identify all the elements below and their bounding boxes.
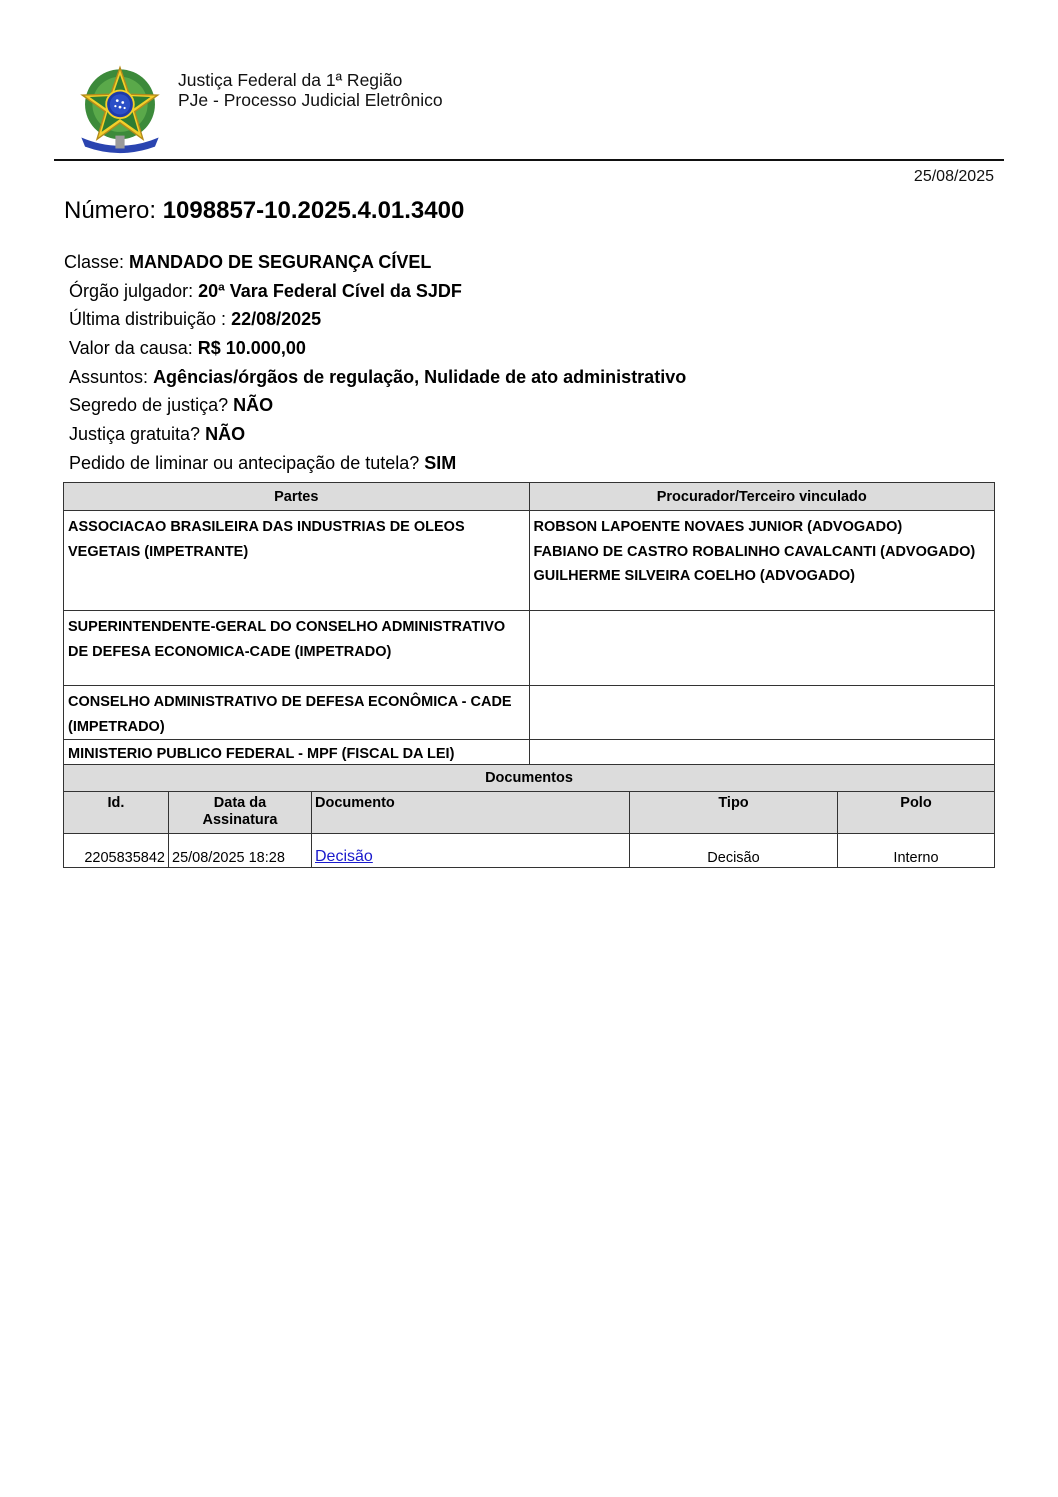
representatives-cell [529, 611, 995, 686]
info-distribuicao: Última distribuição : 22/08/2025 [64, 305, 686, 334]
header-divider [54, 159, 1004, 161]
header-date: Data da Assinatura [169, 792, 312, 834]
header-polo: Polo [838, 792, 995, 834]
header-text: Justiça Federal da 1ª Região PJe - Proce… [178, 70, 443, 110]
info-liminar: Pedido de liminar ou antecipação de tute… [64, 449, 686, 478]
parties-header-row: Partes Procurador/Terceiro vinculado [64, 483, 995, 511]
info-segredo: Segredo de justiça? NÃO [64, 391, 686, 420]
process-info: Classe: MANDADO DE SEGURANÇA CÍVEL Órgão… [64, 248, 686, 478]
process-number-label: Número: [64, 197, 156, 224]
table-row: 2205835842 25/08/2025 18:28 Decisão Deci… [64, 834, 995, 868]
header-procurador: Procurador/Terceiro vinculado [529, 483, 995, 511]
doc-type: Decisão [630, 834, 838, 868]
doc-cell: Decisão [312, 834, 630, 868]
info-assuntos: Assuntos: Agências/órgãos de regulação, … [64, 363, 686, 392]
representative: GUILHERME SILVEIRA COELHO (ADVOGADO) [534, 564, 991, 589]
coat-of-arms-icon [74, 60, 166, 156]
org-name: Justiça Federal da 1ª Região [178, 70, 443, 90]
representatives-cell [529, 740, 995, 768]
table-row: MINISTERIO PUBLICO FEDERAL - MPF (FISCAL… [64, 740, 995, 768]
info-gratuita: Justiça gratuita? NÃO [64, 420, 686, 449]
info-classe: Classe: MANDADO DE SEGURANÇA CÍVEL [64, 248, 686, 277]
header-id: Id. [64, 792, 169, 834]
representative: FABIANO DE CASTRO ROBALINHO CAVALCANTI (… [534, 540, 991, 565]
info-orgao: Órgão julgador: 20ª Vara Federal Cível d… [64, 277, 686, 306]
process-number-value: 1098857-10.2025.4.01.3400 [163, 197, 465, 224]
doc-date: 25/08/2025 18:28 [169, 834, 312, 868]
representatives-cell [529, 686, 995, 740]
parties-table: Partes Procurador/Terceiro vinculado ASS… [63, 482, 995, 768]
representatives-cell: ROBSON LAPOENTE NOVAES JUNIOR (ADVOGADO)… [529, 511, 995, 611]
representative: ROBSON LAPOENTE NOVAES JUNIOR (ADVOGADO) [534, 515, 991, 540]
generation-date: 25/08/2025 [914, 168, 994, 186]
header-partes: Partes [64, 483, 530, 511]
header-document: Documento [312, 792, 630, 834]
party-cell: MINISTERIO PUBLICO FEDERAL - MPF (FISCAL… [64, 740, 530, 768]
party-cell: CONSELHO ADMINISTRATIVO DE DEFESA ECONÔM… [64, 686, 530, 740]
system-name: PJe - Processo Judicial Eletrônico [178, 90, 443, 110]
documents-title-row: Documentos [64, 765, 995, 792]
table-row: ASSOCIACAO BRASILEIRA DAS INDUSTRIAS DE … [64, 511, 995, 611]
document-link[interactable]: Decisão [315, 848, 373, 865]
info-valor: Valor da causa: R$ 10.000,00 [64, 334, 686, 363]
party-cell: SUPERINTENDENTE-GERAL DO CONSELHO ADMINI… [64, 611, 530, 686]
table-row: SUPERINTENDENTE-GERAL DO CONSELHO ADMINI… [64, 611, 995, 686]
doc-id: 2205835842 [64, 834, 169, 868]
header-type: Tipo [630, 792, 838, 834]
table-row: CONSELHO ADMINISTRATIVO DE DEFESA ECONÔM… [64, 686, 995, 740]
documents-header-row: Id. Data da Assinatura Documento Tipo Po… [64, 792, 995, 834]
party-cell: ASSOCIACAO BRASILEIRA DAS INDUSTRIAS DE … [64, 511, 530, 611]
documents-table: Documentos Id. Data da Assinatura Docume… [63, 764, 995, 868]
documents-title: Documentos [64, 765, 995, 792]
doc-polo: Interno [838, 834, 995, 868]
process-number: Número: 1098857-10.2025.4.01.3400 [64, 197, 464, 225]
page-header: Justiça Federal da 1ª Região PJe - Proce… [54, 58, 1004, 160]
